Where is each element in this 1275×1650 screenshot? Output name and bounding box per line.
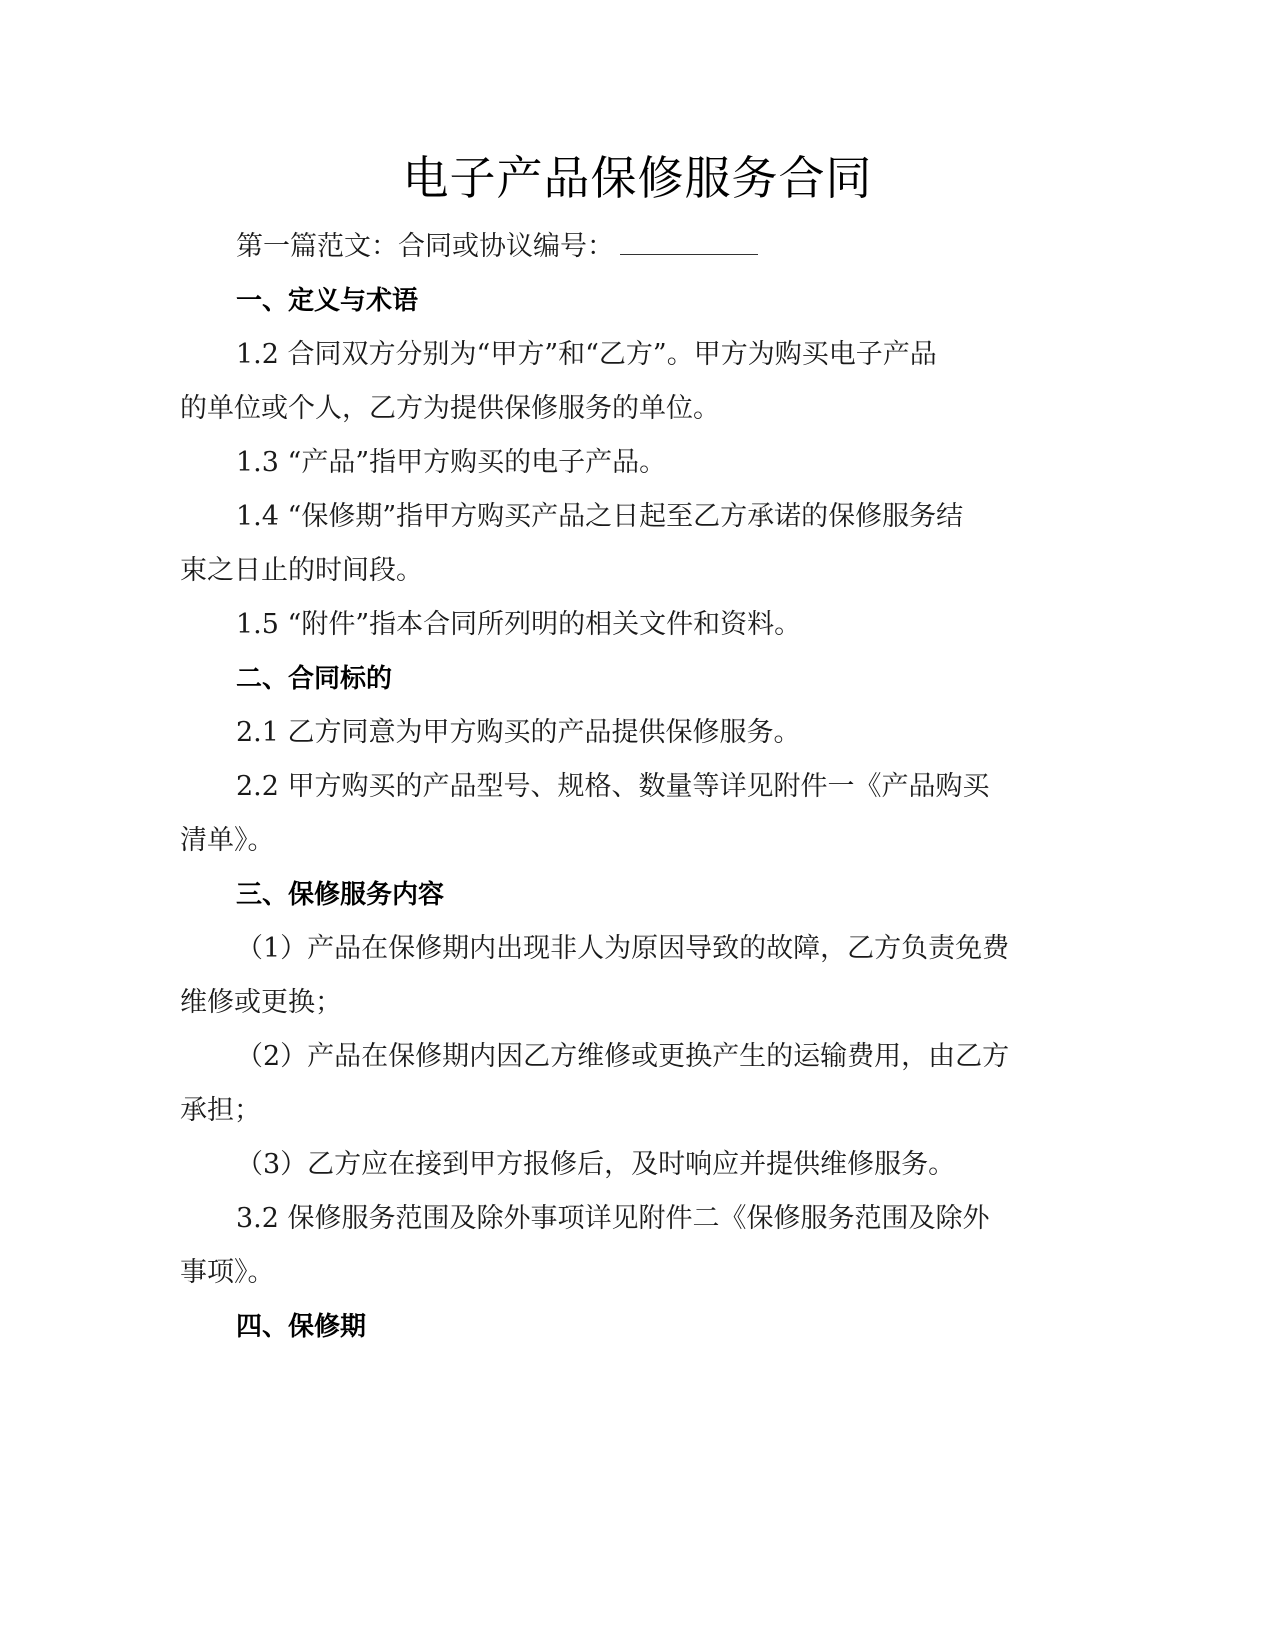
clause-1-5: 1.5 “附件”指本合同所列明的相关文件和资料。 [236, 607, 801, 643]
clause-3-1-line2: 维修或更换； [180, 985, 342, 1021]
clause-3-2-scope-line2: 事项》。 [180, 1255, 275, 1291]
clause-3-2-scope-line1: 3.2 保修服务范围及除外事项详见附件二《保修服务范围及除外 [236, 1201, 990, 1237]
clause-2-1: 2.1 乙方同意为甲方购买的产品提供保修服务。 [236, 715, 801, 751]
contract-number-line: 第一篇范文：合同或协议编号： [236, 228, 758, 265]
section-heading-1: 一、定义与术语 [236, 283, 418, 319]
contract-number-label: 第一篇范文：合同或协议编号： [236, 231, 614, 262]
document-page: 电子产品保修服务合同 第一篇范文：合同或协议编号： 一、定义与术语 1.2 合同… [0, 0, 1275, 1650]
clause-3-3: （3）乙方应在接到甲方报修后，及时响应并提供维修服务。 [236, 1147, 955, 1183]
clause-3-2-line1: （2）产品在保修期内因乙方维修或更换产生的运输费用，由乙方 [236, 1039, 1009, 1075]
clause-1-2-line1: 1.2 合同双方分别为“甲方”和“乙方”。甲方为购买电子产品 [236, 337, 937, 373]
section-heading-3: 三、保修服务内容 [236, 877, 444, 913]
clause-2-2-line1: 2.2 甲方购买的产品型号、规格、数量等详见附件一《产品购买 [236, 769, 990, 805]
section-heading-2: 二、合同标的 [236, 661, 392, 697]
clause-2-2-line2: 清单》。 [180, 823, 275, 859]
contract-number-blank [620, 228, 758, 255]
clause-3-1-line1: （1）产品在保修期内出现非人为原因导致的故障，乙方负责免费 [236, 931, 1009, 967]
clause-1-3: 1.3 “产品”指甲方购买的电子产品。 [236, 445, 666, 481]
clause-1-4-line1: 1.4 “保修期”指甲方购买产品之日起至乙方承诺的保修服务结 [236, 499, 963, 535]
clause-1-4-line2: 束之日止的时间段。 [180, 553, 423, 589]
clause-1-2-line2: 的单位或个人，乙方为提供保修服务的单位。 [180, 391, 720, 427]
document-title: 电子产品保修服务合同 [0, 148, 1275, 208]
section-heading-4: 四、保修期 [236, 1309, 366, 1345]
clause-3-2-line2: 承担； [180, 1093, 261, 1129]
